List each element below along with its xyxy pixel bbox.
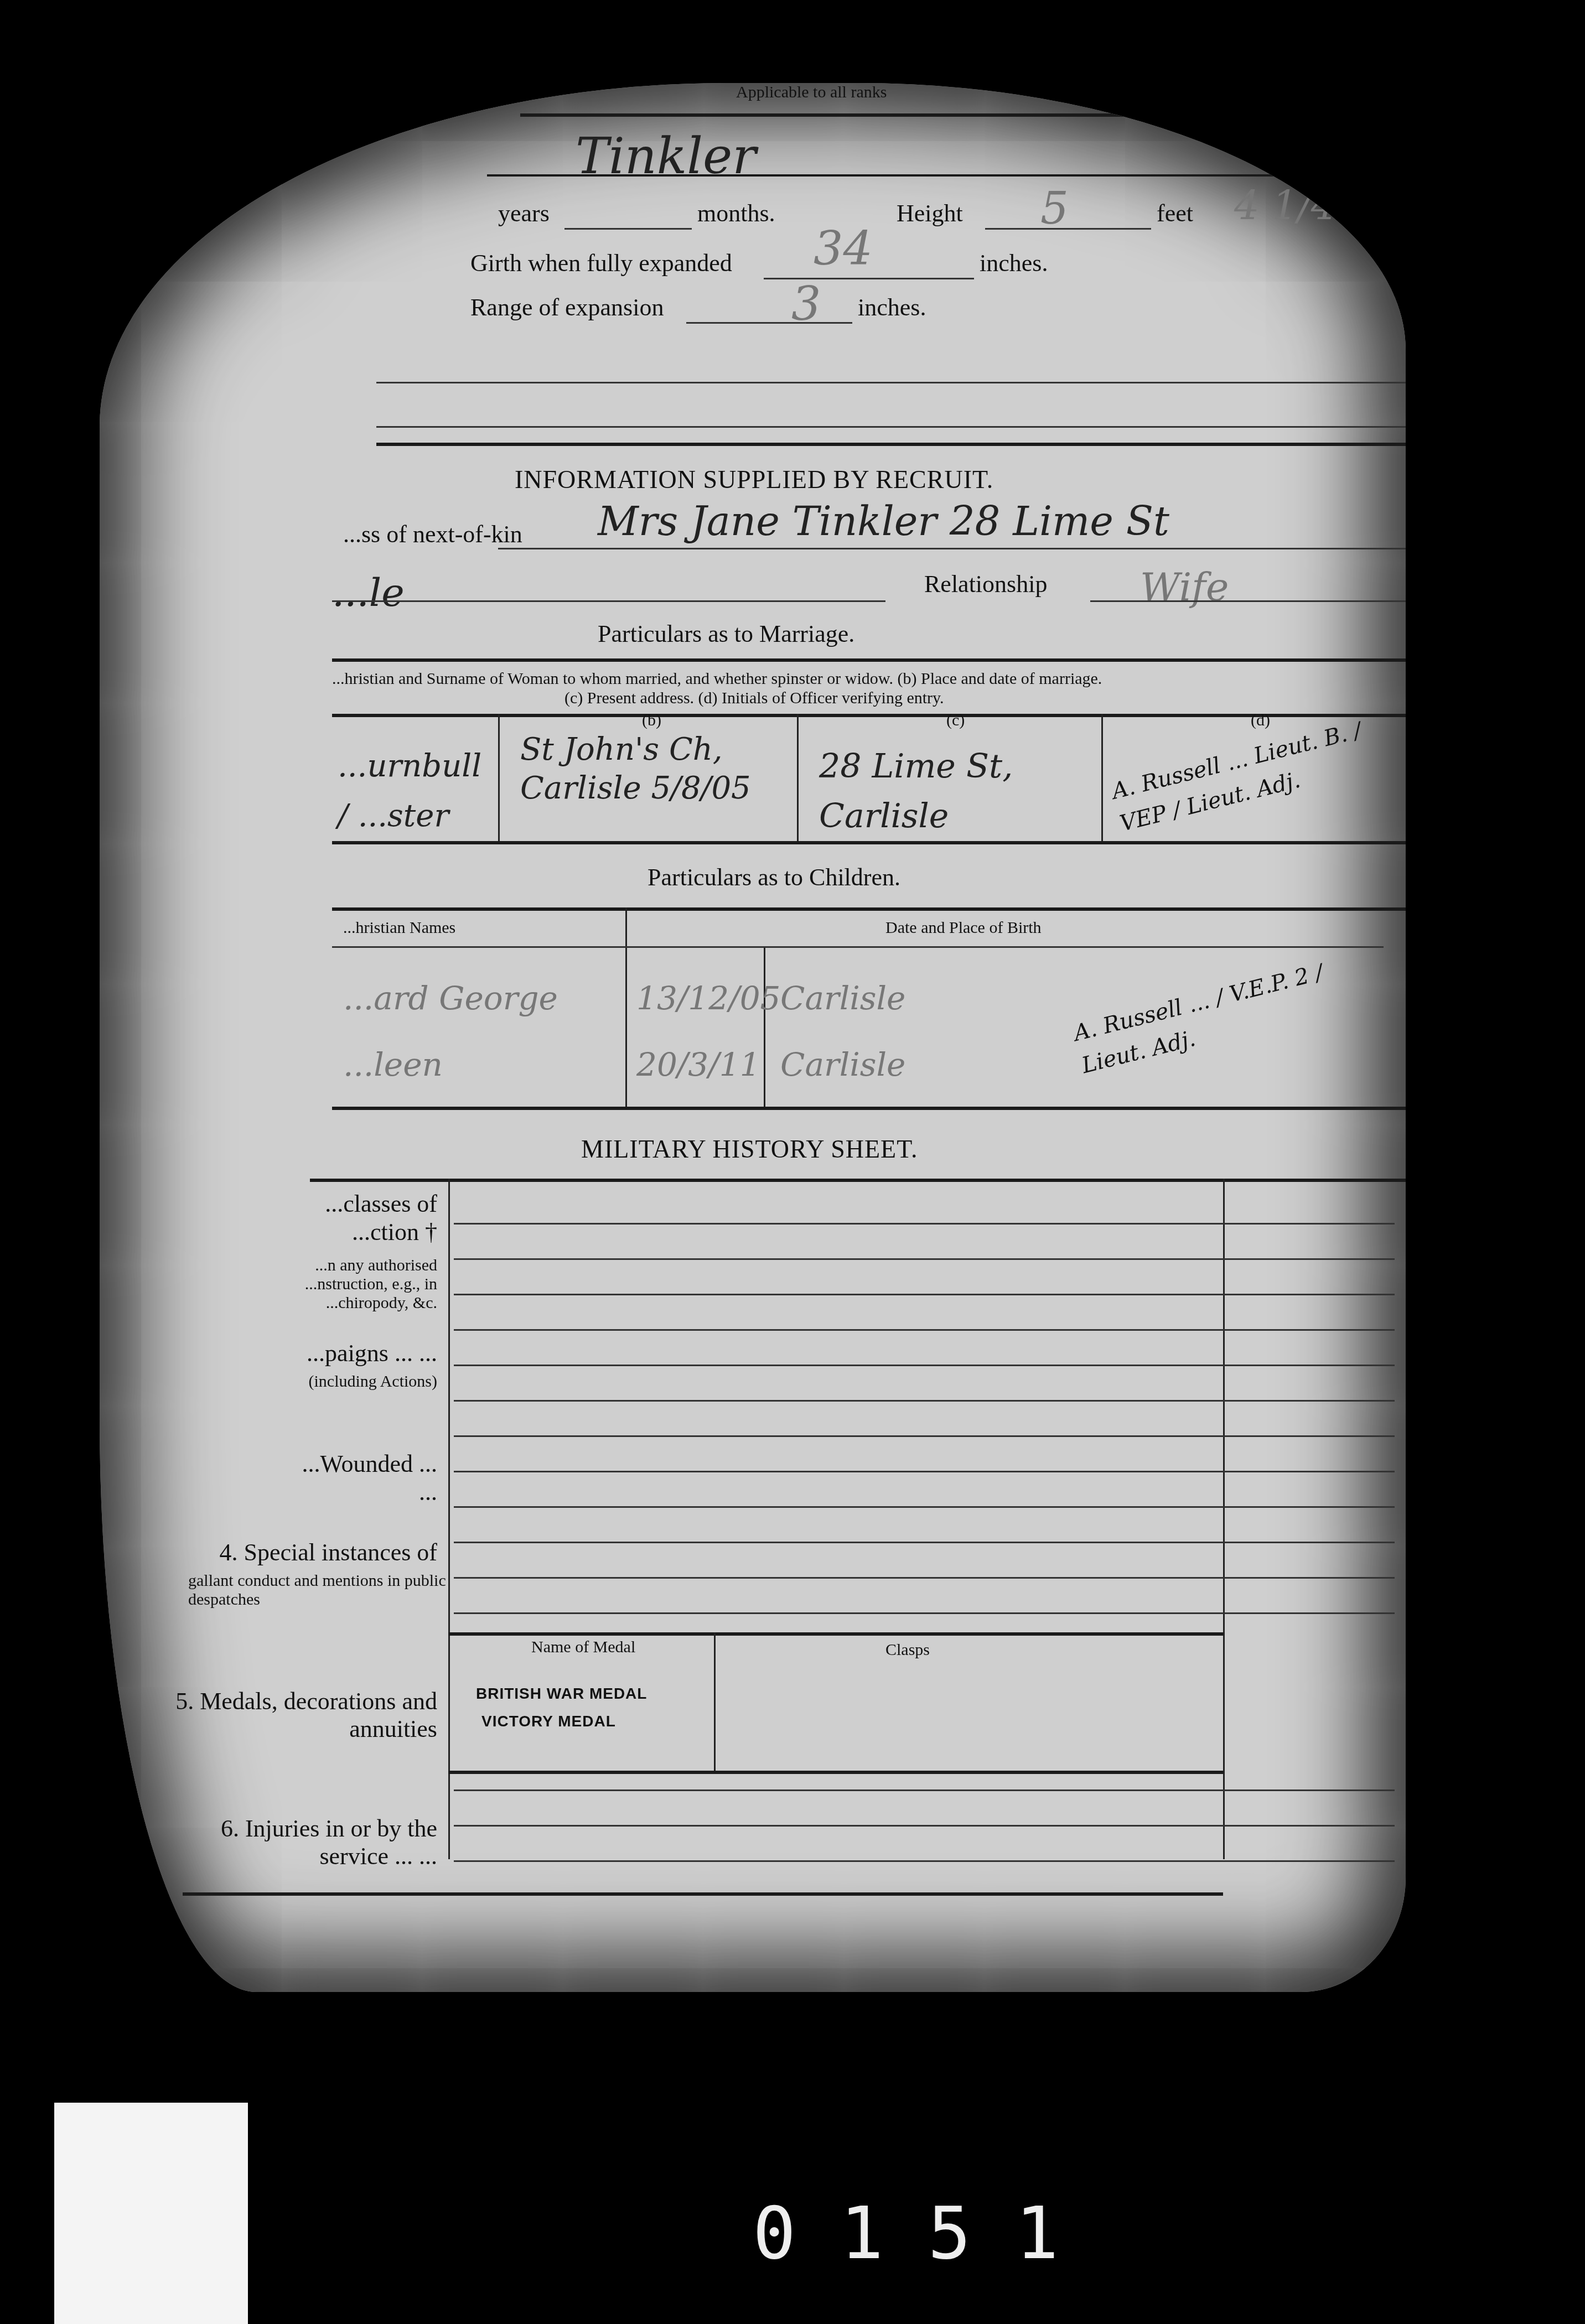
ruled-line xyxy=(454,1365,1395,1366)
range-unit: inches. xyxy=(858,293,926,321)
mh-section-2-label: ...paigns ... ... xyxy=(282,1339,437,1367)
girth-unit: inches. xyxy=(980,249,1048,277)
next-of-kin-value: Mrs Jane Tinkler 28 Lime St xyxy=(598,498,1169,544)
height-label: Height xyxy=(897,199,963,227)
paper-slip xyxy=(54,2103,248,2324)
ruled-line xyxy=(454,1789,1395,1791)
child-2-place: Carlisle xyxy=(780,1046,905,1083)
height-feet-value: 5 xyxy=(1040,183,1069,234)
girth-label: Girth when fully expanded xyxy=(470,249,732,277)
marriage-col-b: (b) xyxy=(642,711,661,730)
marriage-place-date: St John's Ch, Carlisle 5/8/05 xyxy=(520,730,786,808)
feet-label: feet xyxy=(1157,199,1193,227)
mh-section-4-label: 4. Special instances of xyxy=(155,1538,437,1566)
child-1-date: 13/12/05 xyxy=(636,979,781,1017)
medal-british-war: BRITISH WAR MEDAL xyxy=(476,1685,647,1703)
months-label: months. xyxy=(697,199,775,227)
recruit-info-title: INFORMATION SUPPLIED BY RECRUIT. xyxy=(515,465,993,494)
ruled-line xyxy=(454,1860,1395,1862)
mh-section-1-sub: ...n any authorised ...nstruction, e.g.,… xyxy=(282,1256,437,1313)
children-title: Particulars as to Children. xyxy=(648,863,900,891)
relationship-label: Relationship xyxy=(924,570,1047,598)
next-of-kin-address-cont: ...le xyxy=(332,570,405,615)
marriage-col-d: (d) xyxy=(1251,711,1270,730)
mh-section-4-sub: gallant conduct and mentions in public d… xyxy=(155,1571,470,1609)
ruled-line xyxy=(454,1612,1395,1614)
medal-victory: VICTORY MEDAL xyxy=(481,1713,616,1730)
military-history-title: MILITARY HISTORY SHEET. xyxy=(581,1134,918,1164)
child-1-place: Carlisle xyxy=(780,979,905,1017)
ruled-line xyxy=(454,1577,1395,1579)
children-col-date-place: Date and Place of Birth xyxy=(885,919,1042,937)
ruled-line xyxy=(454,1825,1395,1827)
child-1-name: ...ard George xyxy=(343,979,558,1017)
range-value: 3 xyxy=(791,277,821,331)
children-verification: A. Russell ... / V.E.P. 2 / Lieut. Adj. xyxy=(1070,943,1387,1082)
ruled-line xyxy=(454,1329,1395,1331)
header-fragment: Applicable to all ranks xyxy=(736,83,887,102)
medal-col-clasps: Clasps xyxy=(885,1641,930,1659)
ruled-line xyxy=(454,1506,1395,1508)
mh-section-6-label: 6. Injuries in or by the service ... ... xyxy=(155,1815,437,1870)
marriage-present-address: 28 Lime St, Carlisle xyxy=(819,741,1085,841)
ruled-line xyxy=(454,1400,1395,1402)
marriage-title: Particulars as to Marriage. xyxy=(598,620,854,648)
girth-value: 34 xyxy=(814,221,873,276)
mh-section-3-label: ...Wounded ... ... xyxy=(282,1450,437,1506)
marriage-wife-name: ...urnbull / ...ster xyxy=(338,741,493,841)
height-inches-value: 4 1/4 xyxy=(1234,183,1337,229)
children-col-names: ...hristian Names xyxy=(343,919,455,937)
ruled-line xyxy=(454,1223,1395,1225)
frame-counter: 0151 xyxy=(753,2191,1103,2275)
surname: Tinkler xyxy=(576,127,756,185)
marriage-instructions-1: ...hristian and Surname of Woman to whom… xyxy=(332,670,1102,688)
ruled-line xyxy=(454,1471,1395,1472)
ruled-line xyxy=(454,1294,1395,1295)
years-label: years xyxy=(498,199,550,227)
child-2-name: ...leen xyxy=(343,1046,443,1083)
ruled-line xyxy=(454,1435,1395,1437)
mh-section-5-label: 5. Medals, decorations and annuities xyxy=(155,1688,437,1743)
mh-section-2-sub: (including Actions) xyxy=(282,1372,437,1391)
ruled-line xyxy=(454,1258,1395,1260)
marriage-instructions-2: (c) Present address. (d) Initials of Off… xyxy=(564,689,944,708)
document-page: Applicable to all ranks Tinkler years mo… xyxy=(100,83,1406,1992)
relationship-value: Wife xyxy=(1140,564,1229,610)
next-of-kin-label: ...ss of next-of-kin xyxy=(343,520,522,548)
child-2-date: 20/3/11 xyxy=(636,1046,760,1083)
ruled-line xyxy=(454,1542,1395,1543)
marriage-col-c: (c) xyxy=(946,711,965,730)
mh-section-1-label: ...classes of ...ction † xyxy=(282,1190,437,1246)
range-label: Range of expansion xyxy=(470,293,664,321)
medal-col-name: Name of Medal xyxy=(531,1638,635,1657)
